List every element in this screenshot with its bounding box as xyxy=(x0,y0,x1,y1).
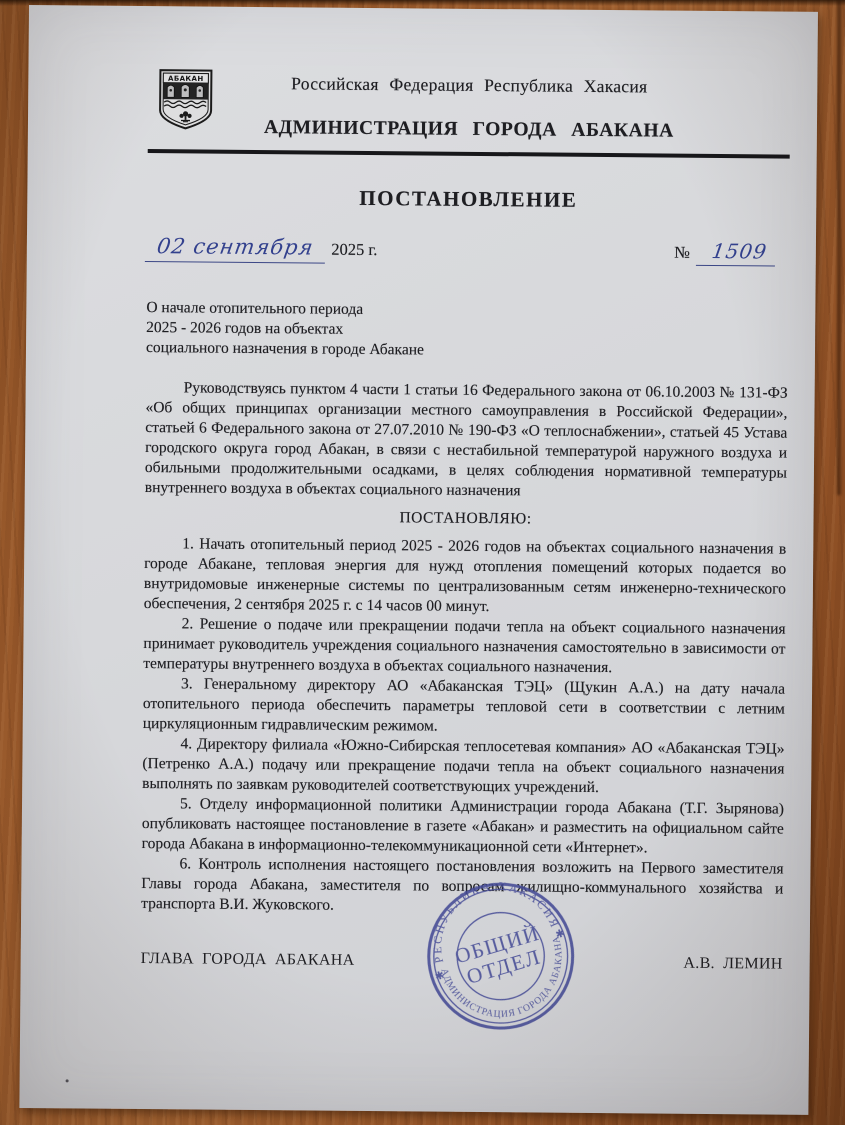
printed-year: 2025 г. xyxy=(331,239,377,259)
signer-name: А.В. ЛЕМИН xyxy=(683,954,782,973)
resolution-items: 1. Начать отопительный период 2025 - 202… xyxy=(141,534,786,920)
document-number-field: № 1509 xyxy=(674,238,777,266)
document-type-title: ПОСТАНОВЛЕНИЕ xyxy=(147,184,789,215)
resolution-item-4: 4. Директору филиала «Южно-Сибирская теп… xyxy=(142,734,784,800)
stamp-star-right: ✱ xyxy=(554,927,566,941)
resolution-item-1: 1. Начать отопительный период 2025 - 202… xyxy=(144,534,787,620)
date-number-row: 02 сентября 2025 г. № 1509 xyxy=(147,234,789,268)
country-region-line: Российская Федерация Республика Хакасия xyxy=(148,6,791,99)
resolution-item-2: 2. Решение о подаче или прекращении пода… xyxy=(143,614,785,680)
preamble-paragraph: Руководствуясь пунктом 4 части 1 статьи … xyxy=(145,378,788,504)
paper-speck xyxy=(66,1079,69,1082)
handwritten-number: 1509 xyxy=(696,238,779,266)
handwritten-date: 02 сентября xyxy=(145,234,330,264)
date-field: 02 сентября 2025 г. xyxy=(147,234,378,264)
signer-title: ГЛАВА ГОРОДА АБАКАНА xyxy=(141,950,355,970)
resolution-item-3: 3. Генеральному директору АО «Абаканская… xyxy=(143,674,785,740)
header-rule xyxy=(148,149,790,158)
resolution-item-5: 5. Отделу информационной политики Админи… xyxy=(142,794,784,860)
document-page: АБАКАН Российская Федерация Рес xyxy=(19,5,818,1115)
subject-line: социального назначения в городе Абакане xyxy=(146,338,788,364)
document-subject: О начале отопительного периода 2025 - 20… xyxy=(146,298,788,364)
desk-grain-streak xyxy=(837,0,841,495)
photo-scene: АБАКАН Российская Федерация Рес xyxy=(0,0,845,1125)
organization-name: АДМИНИСТРАЦИЯ ГОРОДА АБАКАНА xyxy=(148,116,790,144)
resolve-word: ПОСТАНОВЛЯЮ: xyxy=(144,506,786,532)
number-sign: № xyxy=(674,242,690,262)
